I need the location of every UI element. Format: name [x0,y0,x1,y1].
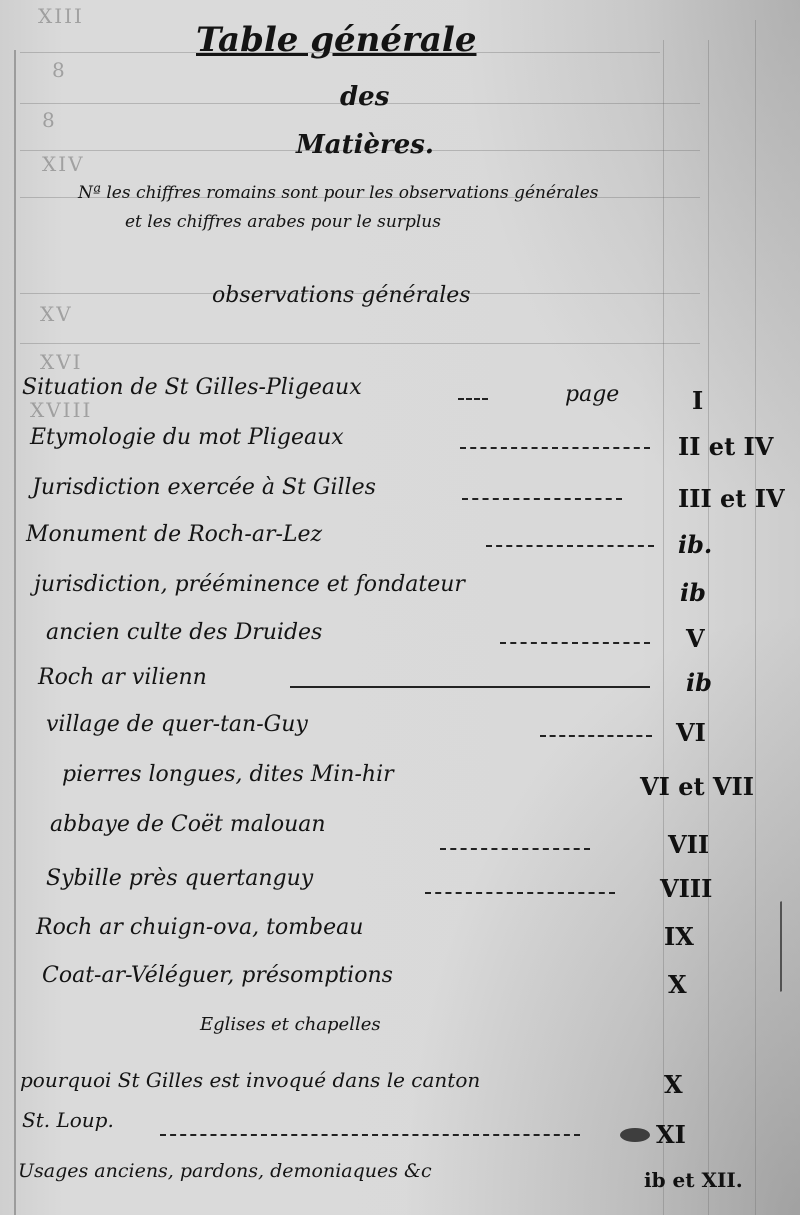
toc-entry: pierres longues, dites Min-hir [62,762,394,787]
toc-entry: Monument de Roch-ar-Lez [26,522,322,547]
ghost-numeral: 8 [52,58,67,82]
toc-page-ref: ib [686,668,712,697]
note-line-1: Nª les chiffres romains sont pour les ob… [78,183,599,203]
ruled-column-line [708,40,709,1215]
toc-page-ref: X [668,970,687,999]
toc-entry: Roch ar vilienn [38,665,207,690]
ruled-line [20,343,700,344]
toc-entry: Jurisdiction exercée à St Gilles [32,475,376,500]
toc-entry: Etymologie du mot Pligeaux [30,425,344,450]
page-title: Table générale [196,20,476,60]
page-left-edge [14,50,16,1215]
dot-leader [458,398,488,400]
toc-entry: Situation de St Gilles-Pligeaux [22,375,362,400]
ghost-numeral: XVIII [30,398,92,422]
section-heading: observations générales [212,283,471,308]
ink-smudge [620,1128,650,1142]
ghost-numeral: XIII [38,4,84,28]
margin-scrawl [780,898,796,991]
ruled-column-line [663,40,664,1215]
toc-page-ref: ib. [678,530,712,559]
dot-leader [440,848,590,850]
toc-page-ref: III et IV [678,484,785,513]
toc-entry: jurisdiction, prééminence et fondateur [34,572,465,597]
toc-entry: Usages anciens, pardons, demoniaques &c [18,1160,432,1182]
ghost-numeral: XV [40,302,73,326]
toc-entry: village de quer-tan-Guy [46,712,308,737]
toc-entry: Coat-ar-Véléguer, présomptions [42,963,393,988]
toc-entry: St. Loup. [22,1108,114,1132]
toc-page-ref: VII [668,830,709,859]
toc-entry: Roch ar chuign-ova, tombeau [36,915,363,940]
page-label: page [565,382,619,407]
toc-page-ref: VI et VII [640,772,754,801]
toc-page-ref: VI [676,718,706,747]
toc-entry: pourquoi St Gilles est invoqué dans le c… [20,1068,480,1092]
toc-page-ref: X [664,1070,683,1099]
toc-page-ref: II et IV [678,432,773,461]
dot-leader [540,735,652,737]
toc-entry: abbaye de Coët malouan [50,812,326,837]
subsection-heading: Eglises et chapelles [200,1014,381,1035]
toc-page-ref: ib [680,578,706,607]
dot-leader [425,892,615,894]
ghost-numeral: 8 [42,108,57,132]
ruled-column-line [755,20,756,1215]
title-line-des: des [340,82,389,112]
toc-page-ref: ib et XII. [644,1168,743,1192]
dot-leader [500,642,650,644]
toc-entry: Sybille près quertanguy [46,866,313,891]
dot-leader [462,498,622,500]
toc-entry: ancien culte des Druides [46,620,322,645]
note-line-2: et les chiffres arabes pour le surplus [125,212,441,232]
dot-leader [486,545,654,547]
dot-leader [160,1134,580,1136]
ghost-numeral: XIV [42,152,85,176]
manuscript-page: XIII 8 8 XIV XV XVI XVIII Table générale… [0,0,800,1215]
toc-page-ref: VIII [660,874,712,903]
toc-page-ref: IX [664,922,694,951]
ghost-numeral: XVI [40,350,83,374]
toc-page-ref: XI [656,1120,686,1149]
toc-page-ref: V [686,624,705,653]
toc-page-ref: I [692,386,703,415]
title-line-matieres: Matières. [296,130,434,160]
dot-leader [460,447,650,449]
dot-leader [290,686,650,688]
